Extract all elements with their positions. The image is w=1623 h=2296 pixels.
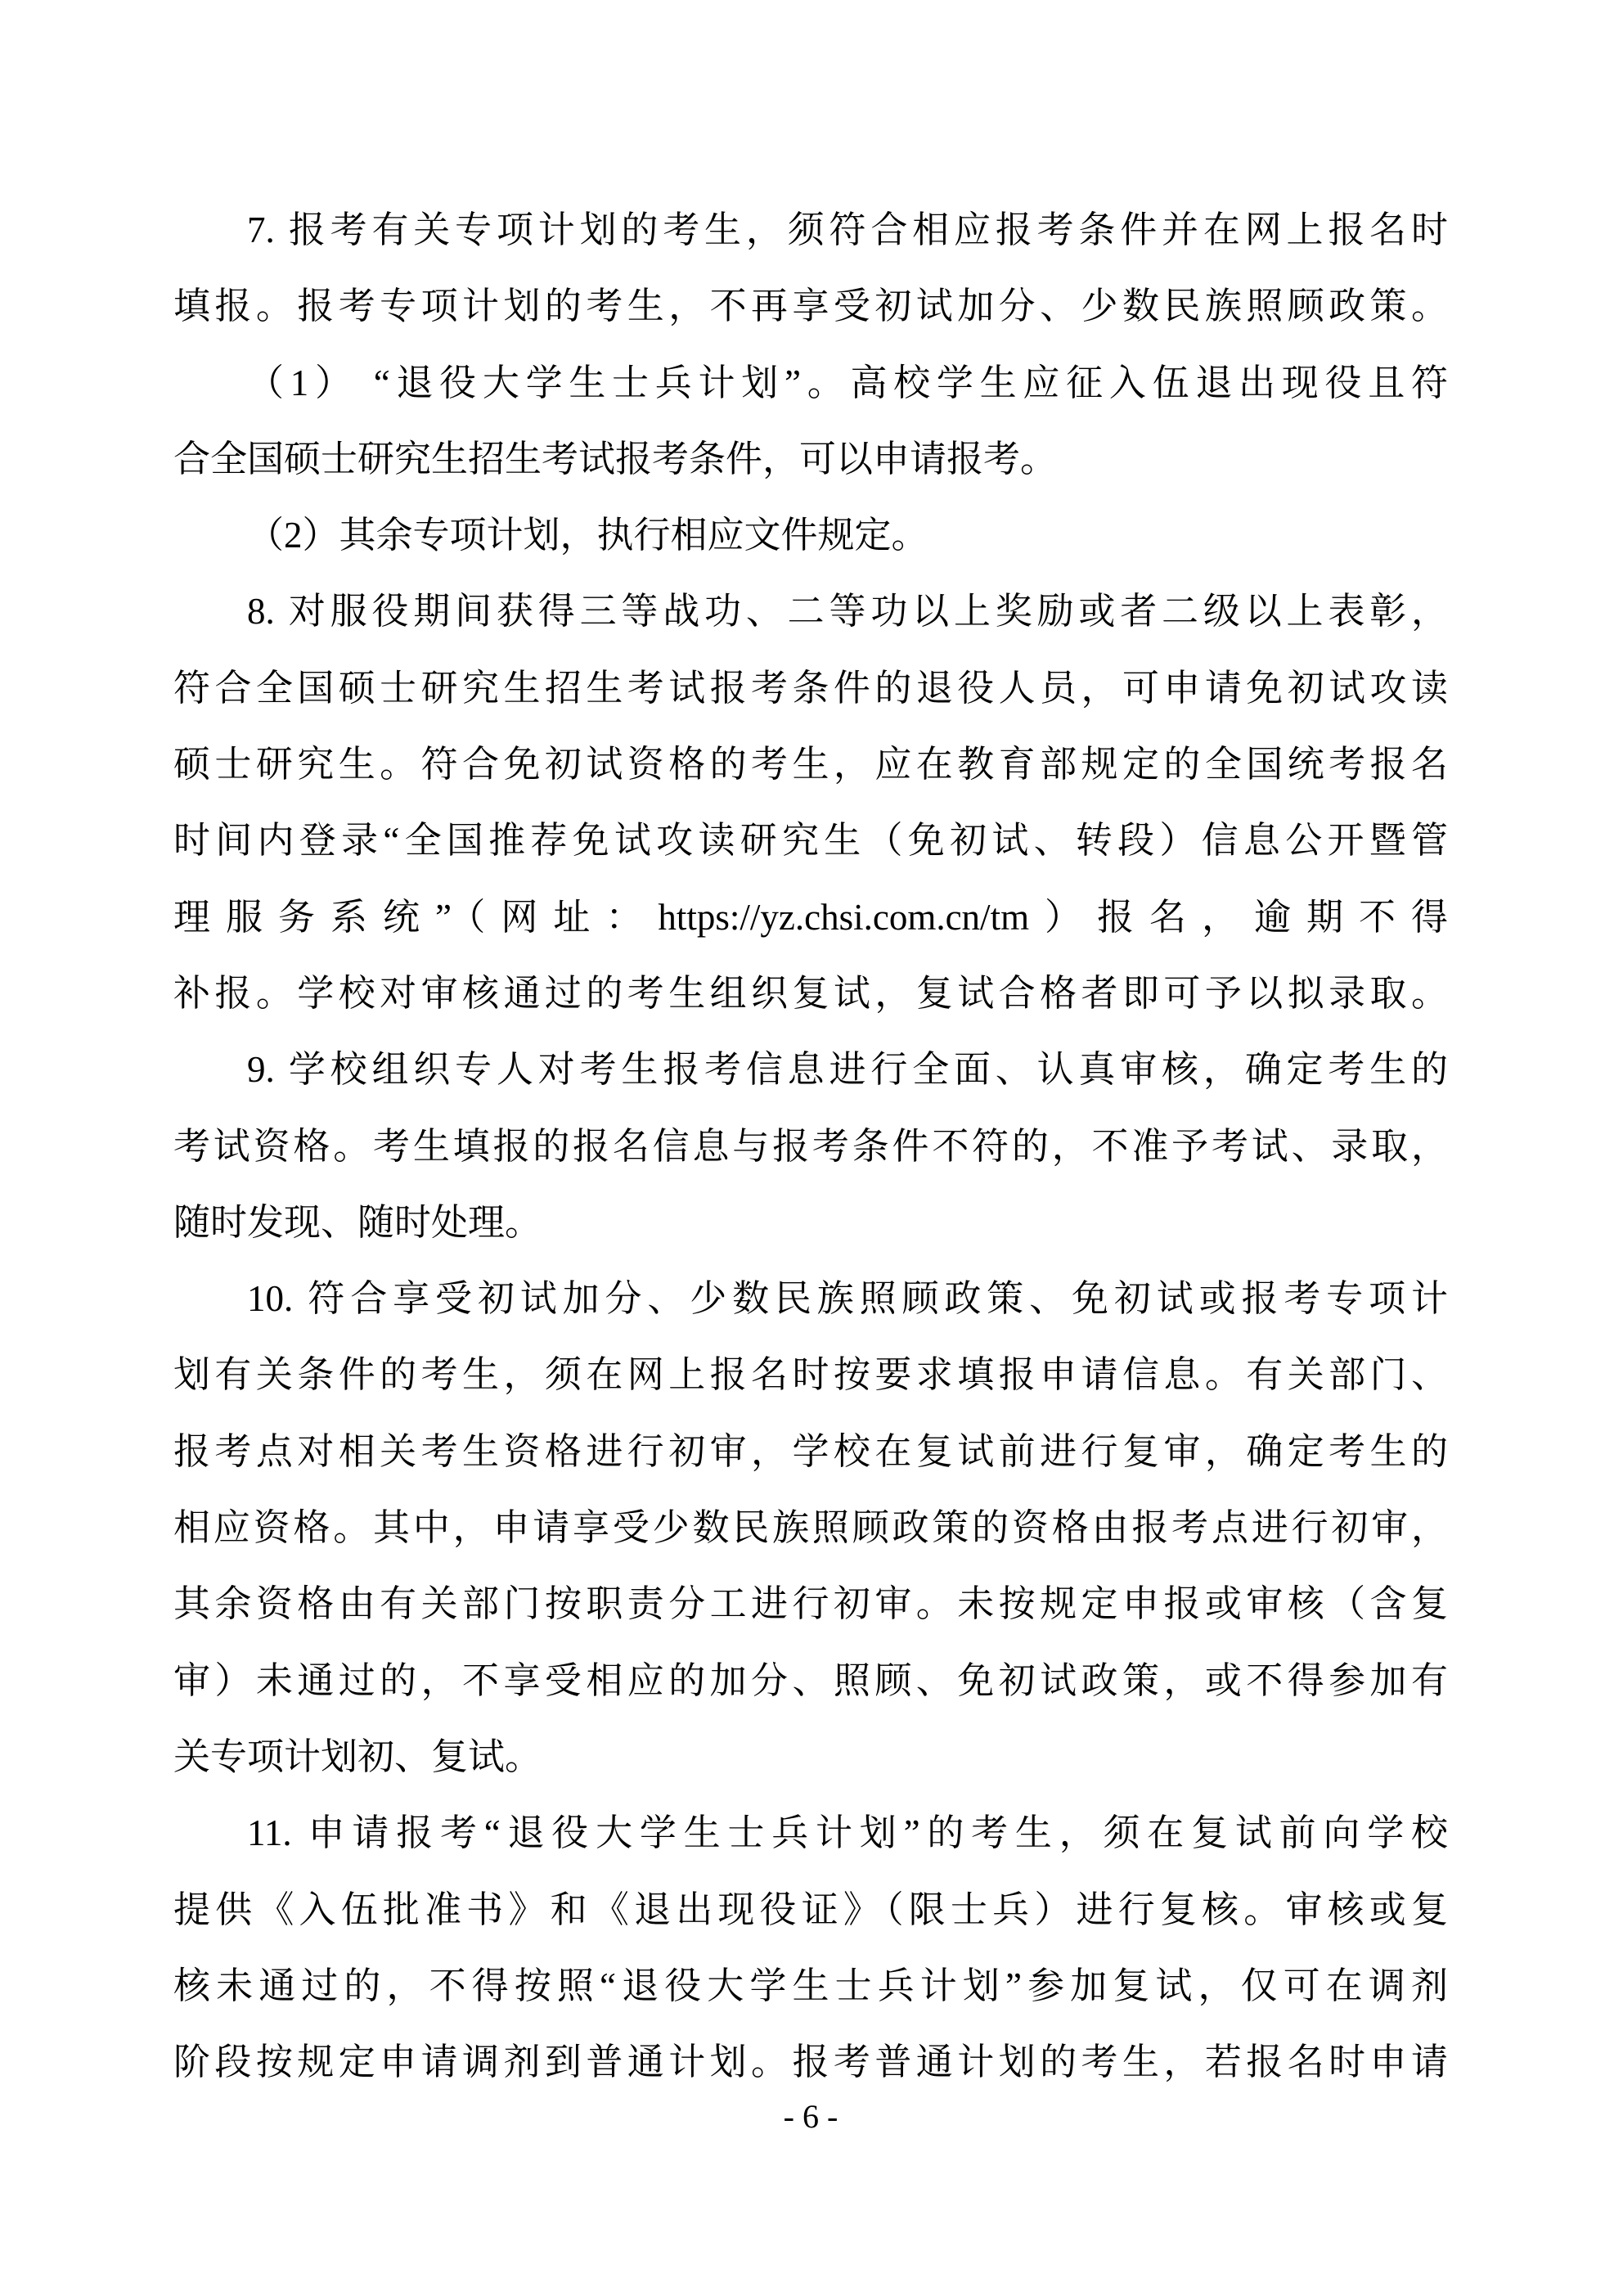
page-footer: - 6 - [173, 2093, 1448, 2141]
text-line: 其余资格由有关部门按职责分工进行初审。未按规定申报或审核（含复 [173, 1566, 1448, 1642]
text-line: （1） “退役大学生士兵计划”。高校学生应征入伍退出现役且符 [173, 345, 1448, 421]
text-line: 7. 报考有关专项计划的考生，须符合相应报考条件并在网上报名时 [173, 192, 1448, 268]
text-line: 填报。报考专项计划的考生，不再享受初试加分、少数民族照顾政策。 [173, 268, 1448, 344]
text-line: （2）其余专项计划，执行相应文件规定。 [173, 497, 1448, 574]
text-line: 阶段按规定申请调剂到普通计划。报考普通计划的考生，若报名时申请 [173, 2024, 1448, 2100]
text-line: 硕士研究生。符合免初试资格的考生，应在教育部规定的全国统考报名 [173, 727, 1448, 803]
text-line: 划有关条件的考生，须在网上报名时按要求填报申请信息。有关部门、 [173, 1337, 1448, 1413]
text-line: 9. 学校组织专人对考生报考信息进行全面、认真审核，确定考生的 [173, 1032, 1448, 1108]
text-line: 提供《入伍批准书》和《退出现役证》（限士兵）进行复核。审核或复 [173, 1872, 1448, 1948]
text-line: 随时发现、随时处理。 [173, 1185, 1448, 1261]
text-line: 考试资格。考生填报的报名信息与报考条件不符的，不准予考试、录取， [173, 1109, 1448, 1185]
text-line: 补报。学校对审核通过的考生组织复试，复试合格者即可予以拟录取。 [173, 956, 1448, 1032]
document-body: 7. 报考有关专项计划的考生，须符合相应报考条件并在网上报名时填报。报考专项计划… [173, 192, 1448, 2100]
text-line: 8. 对服役期间获得三等战功、二等功以上奖励或者二级以上表彰， [173, 574, 1448, 650]
text-line: 理服务系统”（网址：https://yz.chsi.com.cn/tm）报名，逾… [173, 880, 1448, 956]
text-line: 关专项计划初、复试。 [173, 1719, 1448, 1795]
text-line: 合全国硕士研究生招生考试报考条件，可以申请报考。 [173, 421, 1448, 497]
document-page: 7. 报考有关专项计划的考生，须符合相应报考条件并在网上报名时填报。报考专项计划… [0, 0, 1623, 2296]
text-line: 相应资格。其中，申请享受少数民族照顾政策的资格由报考点进行初审， [173, 1490, 1448, 1566]
text-line: 审）未通过的，不享受相应的加分、照顾、免初试政策，或不得参加有 [173, 1643, 1448, 1719]
text-line: 11. 申请报考“退役大学生士兵计划”的考生，须在复试前向学校 [173, 1795, 1448, 1871]
text-line: 时间内登录“全国推荐免试攻读研究生（免初试、转段）信息公开暨管 [173, 803, 1448, 879]
text-line: 核未通过的，不得按照“退役大学生士兵计划”参加复试，仅可在调剂 [173, 1948, 1448, 2024]
text-line: 报考点对相关考生资格进行初审，学校在复试前进行复审，确定考生的 [173, 1414, 1448, 1490]
text-line: 10. 符合享受初试加分、少数民族照顾政策、免初试或报考专项计 [173, 1261, 1448, 1337]
page-number: - 6 - [784, 2098, 838, 2135]
text-line: 符合全国硕士研究生招生考试报考条件的退役人员，可申请免初试攻读 [173, 651, 1448, 727]
